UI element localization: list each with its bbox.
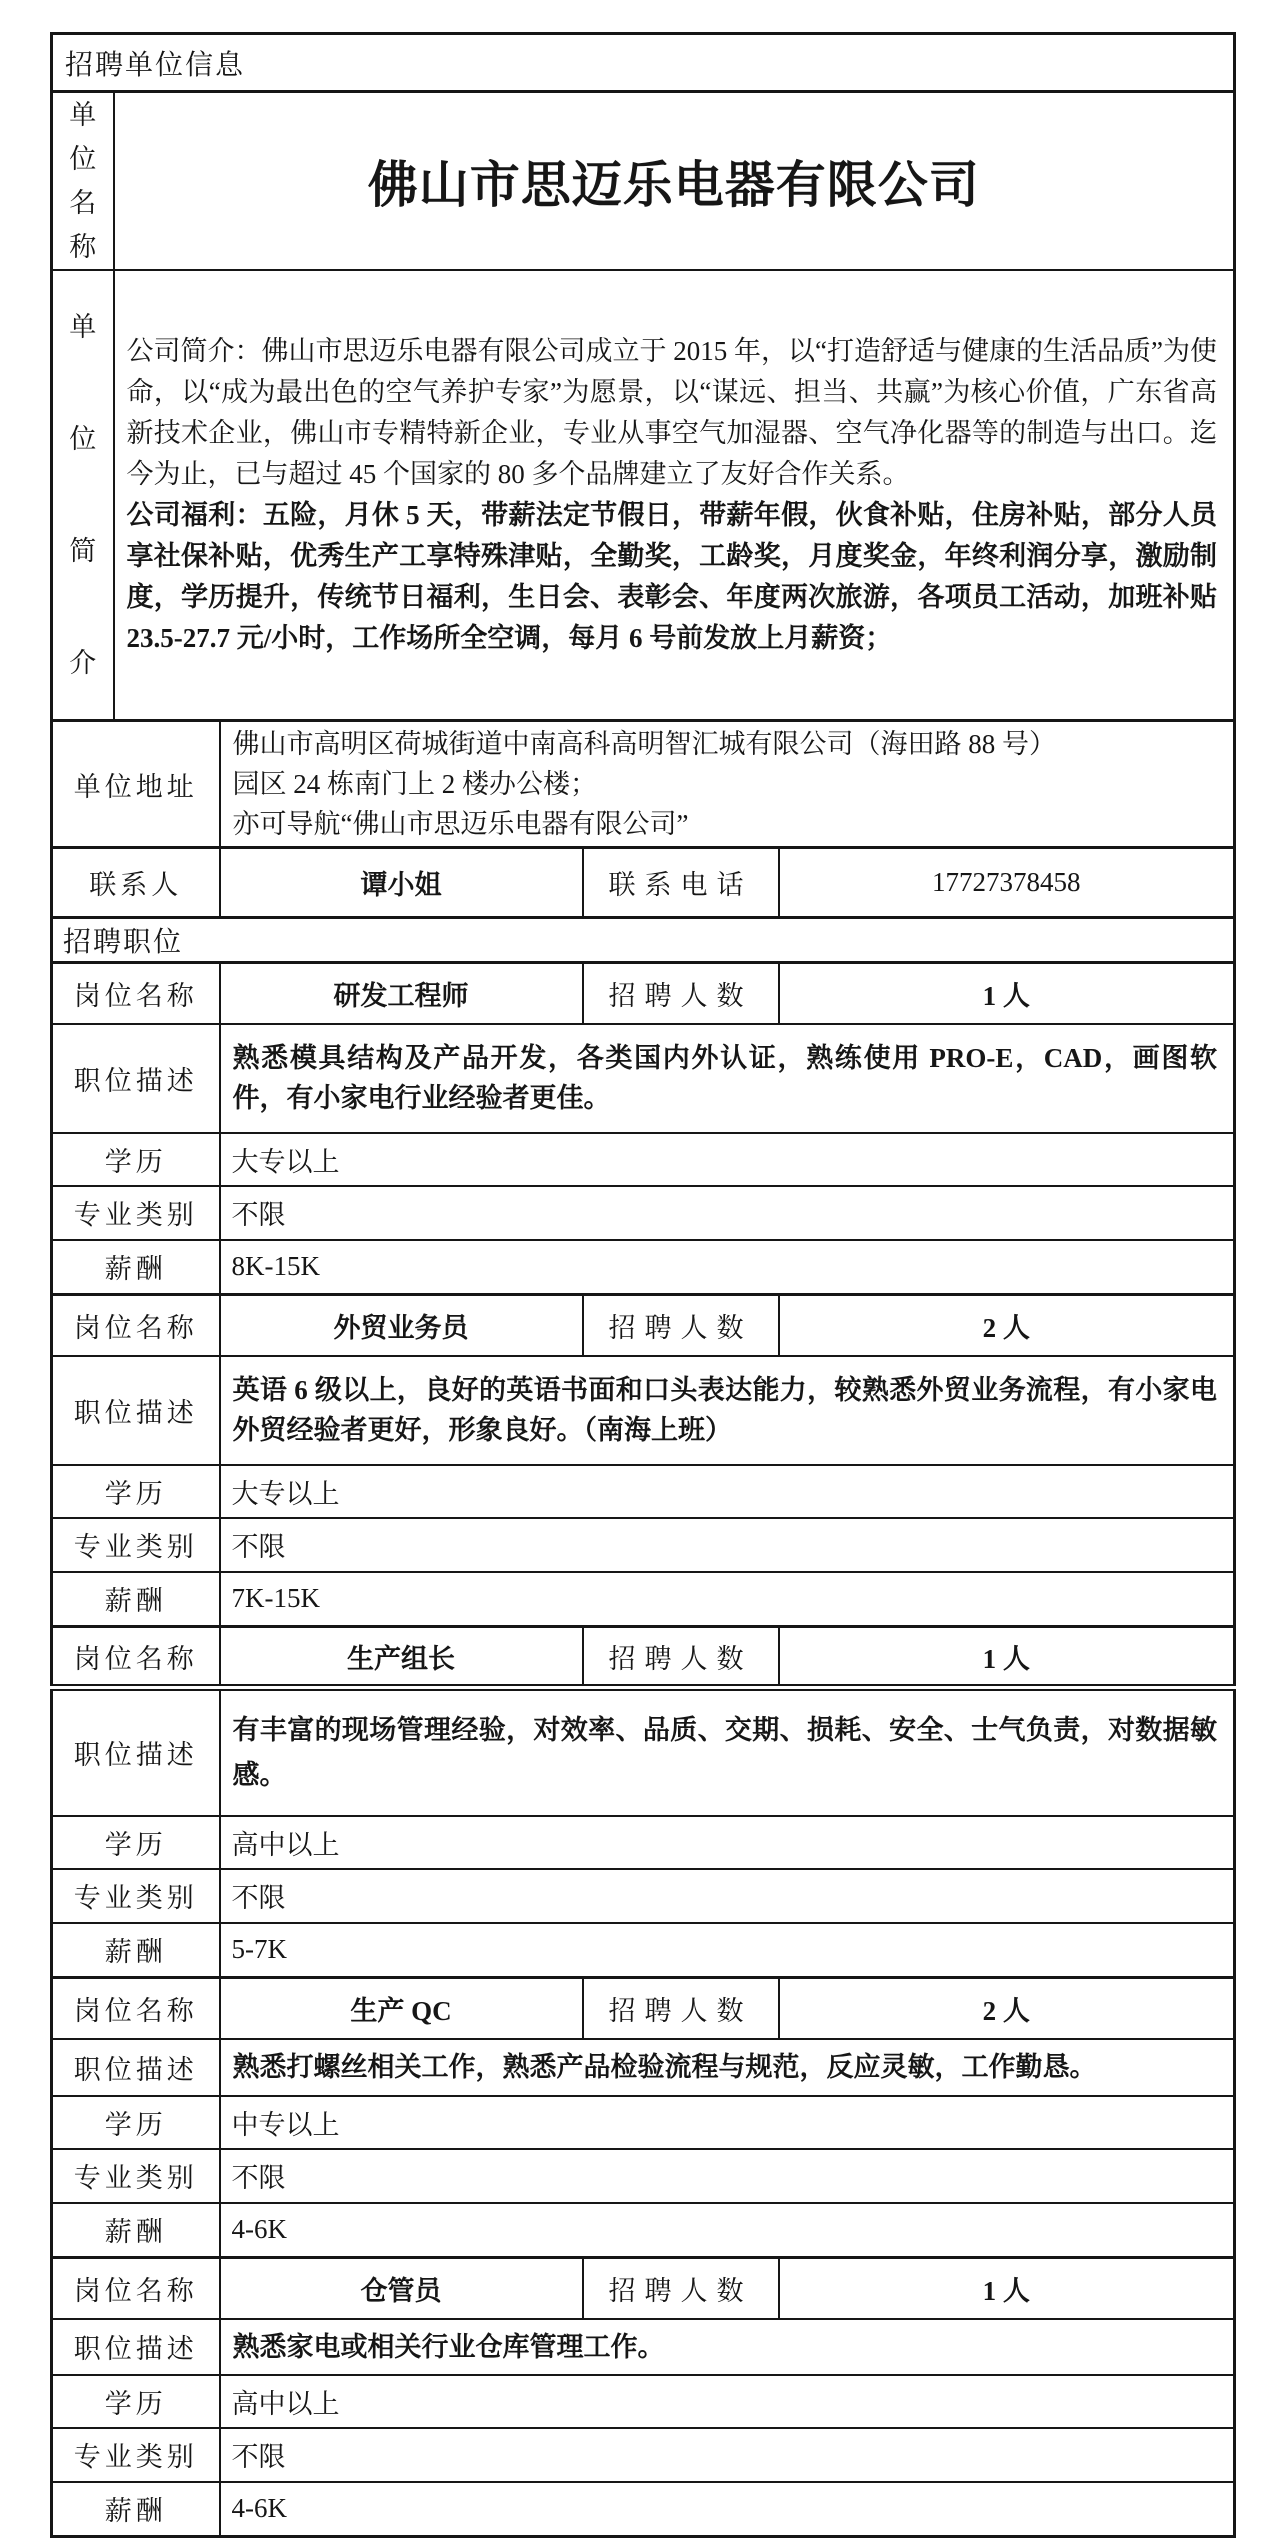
job-headcount: 2 人 bbox=[779, 1978, 1235, 2039]
unit-name-label: 单位名称 bbox=[68, 93, 98, 269]
education-label: 学历 bbox=[52, 2096, 220, 2149]
job-description: 英语 6 级以上，良好的英语书面和口头表达能力，较熟悉外贸业务流程，有小家电外贸… bbox=[220, 1356, 1235, 1465]
row-job1-title: 岗位名称 研发工程师 招聘人数 1 人 bbox=[52, 963, 1235, 1024]
job-description-label: 职位描述 bbox=[52, 1688, 220, 1816]
unit-address-label: 单位地址 bbox=[52, 721, 220, 848]
row-unit-name: 单位名称 佛山市思迈乐电器有限公司 bbox=[52, 92, 1235, 271]
job-education: 中专以上 bbox=[220, 2096, 1235, 2149]
row-job3-description: 职位描述 有丰富的现场管理经验，对效率、品质、交期、损耗、安全、士气负责，对数据… bbox=[52, 1688, 1235, 1816]
headcount-label: 招聘人数 bbox=[583, 1978, 779, 2039]
job-title: 生产组长 bbox=[220, 1627, 583, 1688]
unit-intro-label: 单位简介 bbox=[68, 271, 98, 719]
position-name-label: 岗位名称 bbox=[52, 963, 220, 1024]
job-salary: 4-6K bbox=[220, 2203, 1235, 2258]
row-job5-salary: 薪酬 4-6K bbox=[52, 2482, 1235, 2537]
row-job1-description: 职位描述 熟悉模具结构及产品开发，各类国内外认证，熟练使用 PRO-E，CAD，… bbox=[52, 1024, 1235, 1133]
jobs-section-title: 招聘职位 bbox=[52, 918, 1235, 963]
job-title: 研发工程师 bbox=[220, 963, 583, 1024]
position-name-label: 岗位名称 bbox=[52, 1295, 220, 1356]
row-job4-salary: 薪酬 4-6K bbox=[52, 2203, 1235, 2258]
company-welfare-paragraph: 公司福利：五险，月休 5 天，带薪法定节假日，带薪年假，伙食补贴，住房补贴，部分… bbox=[127, 495, 1218, 659]
job-headcount: 1 人 bbox=[779, 1627, 1235, 1688]
education-label: 学历 bbox=[52, 2375, 220, 2428]
headcount-label: 招聘人数 bbox=[583, 2258, 779, 2319]
row-job5-major: 专业类别 不限 bbox=[52, 2428, 1235, 2482]
address-line-3: 亦可导航“佛山市思迈乐电器有限公司” bbox=[233, 804, 1222, 844]
row-job1-salary: 薪酬 8K-15K bbox=[52, 1240, 1235, 1295]
headcount-label: 招聘人数 bbox=[583, 963, 779, 1024]
position-name-label: 岗位名称 bbox=[52, 1978, 220, 2039]
job-salary: 8K-15K bbox=[220, 1240, 1235, 1295]
row-unit-address: 单位地址 佛山市高明区荷城街道中南高科高明智汇城有限公司（海田路 88 号） 园… bbox=[52, 721, 1235, 848]
job-major: 不限 bbox=[220, 1186, 1235, 1240]
page: { "sections": { "company_info": "招聘单位信息"… bbox=[0, 0, 1280, 2520]
row-job3-education: 学历 高中以上 bbox=[52, 1816, 1235, 1869]
contact-person-value: 谭小姐 bbox=[220, 848, 583, 918]
row-contact: 联系人 谭小姐 联系电话 17727378458 bbox=[52, 848, 1235, 918]
major-category-label: 专业类别 bbox=[52, 1186, 220, 1240]
headcount-label: 招聘人数 bbox=[583, 1295, 779, 1356]
job-description-label: 职位描述 bbox=[52, 2319, 220, 2375]
company-name: 佛山市思迈乐电器有限公司 bbox=[114, 92, 1235, 271]
row-company-info-header: 招聘单位信息 bbox=[52, 34, 1235, 92]
education-label: 学历 bbox=[52, 1465, 220, 1518]
job-description-label: 职位描述 bbox=[52, 1024, 220, 1133]
row-job5-description: 职位描述 熟悉家电或相关行业仓库管理工作。 bbox=[52, 2319, 1235, 2375]
job-title: 仓管员 bbox=[220, 2258, 583, 2319]
position-name-label: 岗位名称 bbox=[52, 1627, 220, 1688]
major-category-label: 专业类别 bbox=[52, 1869, 220, 1923]
company-info-section-title: 招聘单位信息 bbox=[52, 34, 1235, 92]
row-job4-major: 专业类别 不限 bbox=[52, 2149, 1235, 2203]
contact-phone-label: 联系电话 bbox=[583, 848, 779, 918]
salary-label: 薪酬 bbox=[52, 1923, 220, 1978]
job-headcount: 2 人 bbox=[779, 1295, 1235, 1356]
job-education: 大专以上 bbox=[220, 1133, 1235, 1186]
job-salary: 4-6K bbox=[220, 2482, 1235, 2537]
recruitment-sheet: 招聘单位信息 单位名称 佛山市思迈乐电器有限公司 单位简介 公司简介：佛山市思迈… bbox=[50, 32, 1236, 2538]
job-description: 熟悉模具结构及产品开发，各类国内外认证，熟练使用 PRO-E，CAD，画图软件，… bbox=[220, 1024, 1235, 1133]
job-major: 不限 bbox=[220, 2428, 1235, 2482]
job-title: 外贸业务员 bbox=[220, 1295, 583, 1356]
job-salary: 5-7K bbox=[220, 1923, 1235, 1978]
row-job5-education: 学历 高中以上 bbox=[52, 2375, 1235, 2428]
job-description-label: 职位描述 bbox=[52, 1356, 220, 1465]
row-job2-major: 专业类别 不限 bbox=[52, 1518, 1235, 1572]
education-label: 学历 bbox=[52, 1133, 220, 1186]
row-job5-title: 岗位名称 仓管员 招聘人数 1 人 bbox=[52, 2258, 1235, 2319]
row-job2-education: 学历 大专以上 bbox=[52, 1465, 1235, 1518]
row-job3-major: 专业类别 不限 bbox=[52, 1869, 1235, 1923]
unit-address-cell: 佛山市高明区荷城街道中南高科高明智汇城有限公司（海田路 88 号） 园区 24 … bbox=[220, 721, 1235, 848]
row-job2-title: 岗位名称 外贸业务员 招聘人数 2 人 bbox=[52, 1295, 1235, 1356]
major-category-label: 专业类别 bbox=[52, 1518, 220, 1572]
address-line-1: 佛山市高明区荷城街道中南高科高明智汇城有限公司（海田路 88 号） bbox=[233, 724, 1222, 764]
job-salary: 7K-15K bbox=[220, 1572, 1235, 1627]
position-name-label: 岗位名称 bbox=[52, 2258, 220, 2319]
education-label: 学历 bbox=[52, 1816, 220, 1869]
job-description: 熟悉家电或相关行业仓库管理工作。 bbox=[220, 2319, 1235, 2375]
row-job4-education: 学历 中专以上 bbox=[52, 2096, 1235, 2149]
row-job2-salary: 薪酬 7K-15K bbox=[52, 1572, 1235, 1627]
salary-label: 薪酬 bbox=[52, 2482, 220, 2537]
row-job1-education: 学历 大专以上 bbox=[52, 1133, 1235, 1186]
row-job1-major: 专业类别 不限 bbox=[52, 1186, 1235, 1240]
row-job2-description: 职位描述 英语 6 级以上，良好的英语书面和口头表达能力，较熟悉外贸业务流程，有… bbox=[52, 1356, 1235, 1465]
job-description: 熟悉打螺丝相关工作，熟悉产品检验流程与规范，反应灵敏，工作勤恳。 bbox=[220, 2039, 1235, 2096]
unit-intro-label-cell: 单位简介 bbox=[52, 270, 114, 721]
contact-phone-value: 17727378458 bbox=[779, 848, 1235, 918]
row-unit-intro: 单位简介 公司简介：佛山市思迈乐电器有限公司成立于 2015 年，以“打造舒适与… bbox=[52, 270, 1235, 721]
job-headcount: 1 人 bbox=[779, 963, 1235, 1024]
row-job3-salary: 薪酬 5-7K bbox=[52, 1923, 1235, 1978]
major-category-label: 专业类别 bbox=[52, 2149, 220, 2203]
row-job4-title: 岗位名称 生产 QC 招聘人数 2 人 bbox=[52, 1978, 1235, 2039]
major-category-label: 专业类别 bbox=[52, 2428, 220, 2482]
job-education: 大专以上 bbox=[220, 1465, 1235, 1518]
salary-label: 薪酬 bbox=[52, 2203, 220, 2258]
job-major: 不限 bbox=[220, 2149, 1235, 2203]
contact-person-label: 联系人 bbox=[52, 848, 220, 918]
job-title: 生产 QC bbox=[220, 1978, 583, 2039]
row-job3-title: 岗位名称 生产组长 招聘人数 1 人 bbox=[52, 1627, 1235, 1688]
unit-name-label-cell: 单位名称 bbox=[52, 92, 114, 271]
company-intro-paragraph: 公司简介：佛山市思迈乐电器有限公司成立于 2015 年，以“打造舒适与健康的生活… bbox=[127, 331, 1218, 495]
job-major: 不限 bbox=[220, 1518, 1235, 1572]
recruitment-table: 招聘单位信息 单位名称 佛山市思迈乐电器有限公司 单位简介 公司简介：佛山市思迈… bbox=[50, 32, 1236, 2538]
salary-label: 薪酬 bbox=[52, 1572, 220, 1627]
headcount-label: 招聘人数 bbox=[583, 1627, 779, 1688]
job-headcount: 1 人 bbox=[779, 2258, 1235, 2319]
job-description: 有丰富的现场管理经验，对效率、品质、交期、损耗、安全、士气负责，对数据敏感。 bbox=[220, 1688, 1235, 1816]
unit-intro-cell: 公司简介：佛山市思迈乐电器有限公司成立于 2015 年，以“打造舒适与健康的生活… bbox=[114, 270, 1235, 721]
salary-label: 薪酬 bbox=[52, 1240, 220, 1295]
row-jobs-header: 招聘职位 bbox=[52, 918, 1235, 963]
job-education: 高中以上 bbox=[220, 1816, 1235, 1869]
job-major: 不限 bbox=[220, 1869, 1235, 1923]
row-job4-description: 职位描述 熟悉打螺丝相关工作，熟悉产品检验流程与规范，反应灵敏，工作勤恳。 bbox=[52, 2039, 1235, 2096]
job-education: 高中以上 bbox=[220, 2375, 1235, 2428]
address-line-2: 园区 24 栋南门上 2 楼办公楼； bbox=[233, 764, 1222, 804]
job-description-label: 职位描述 bbox=[52, 2039, 220, 2096]
